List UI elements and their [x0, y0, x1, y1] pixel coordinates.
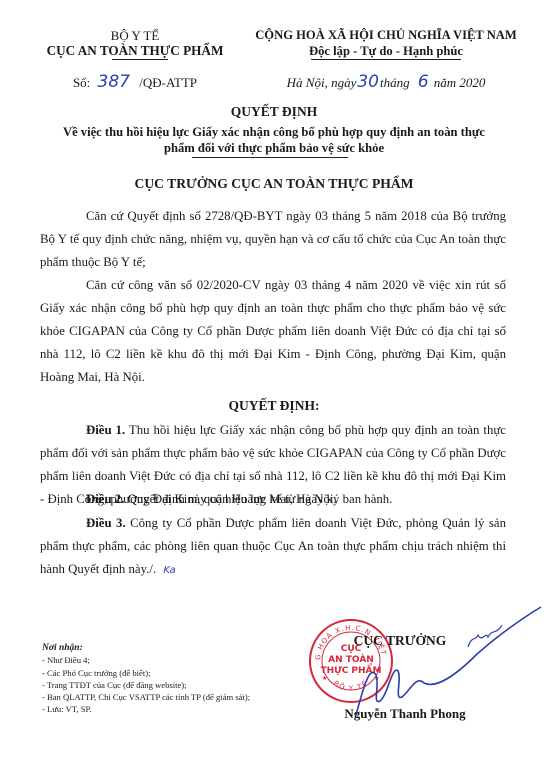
article-1-label: Điều 1.: [86, 423, 125, 437]
date-year: năm 2020: [434, 75, 486, 90]
date-month: 6: [418, 72, 429, 92]
decision-title: QUYẾT ĐỊNH: [0, 104, 548, 120]
recipient-item: - Như Điều 4;: [42, 654, 250, 666]
decision-subject: Về việc thu hồi hiệu lực Giấy xác nhận c…: [20, 124, 528, 156]
national-header: CỘNG HOÀ XÃ HỘI CHỦ NGHĨA VIỆT NAM Độc l…: [236, 28, 536, 92]
decision-heading: QUYẾT ĐỊNH:: [0, 398, 548, 414]
recipient-item: - Các Phó Cục trưởng (để biết);: [42, 667, 250, 679]
article-2: Điều 2. Quyết định này có hiệu lực kể từ…: [40, 488, 506, 511]
signer-name: Nguyễn Thanh Phong: [330, 706, 480, 722]
issue-date: Hà Nội, ngày30tháng 6năm 2020: [236, 72, 536, 92]
issuing-authority: CỤC TRƯỞNG CỤC AN TOÀN THỰC PHẨM: [0, 176, 548, 192]
article-2-label: Điều 2.: [86, 492, 124, 506]
recipients-label: Nơi nhận:: [42, 642, 250, 654]
subject-line-2: phẩm đối với thực phẩm bảo vệ sức khỏe: [20, 140, 528, 156]
motto-underline: [311, 59, 461, 60]
handwritten-initials: Ka: [163, 565, 175, 576]
date-day: 30: [357, 72, 379, 92]
number-handwritten: 387: [98, 72, 130, 92]
date-prefix: Hà Nội, ngày: [287, 75, 357, 90]
recipient-item: - Lưu: VT, SP.: [42, 703, 250, 715]
number-label: Số:: [73, 75, 90, 90]
agency-name: CỤC AN TOÀN THỰC PHẨM: [20, 43, 250, 59]
agency-header: BỘ Y TẾ CỤC AN TOÀN THỰC PHẨM Số: 387 /Q…: [20, 28, 250, 92]
ministry-name: BỘ Y TẾ: [20, 28, 250, 43]
article-2-text: Quyết định này có hiệu lực kể từ ngày ký…: [124, 492, 392, 506]
country-name: CỘNG HOÀ XÃ HỘI CHỦ NGHĨA VIỆT NAM: [236, 28, 536, 43]
number-suffix: /QĐ-ATTP: [139, 75, 197, 90]
recipients-block: Nơi nhận: - Như Điều 4; - Các Phó Cục tr…: [42, 642, 250, 716]
document-number: Số: 387 /QĐ-ATTP: [20, 72, 250, 92]
agency-underline: [112, 59, 168, 60]
date-month-label: tháng: [380, 75, 410, 90]
recipient-item: - Trang TTĐT của Cục (để đăng website);: [42, 679, 250, 691]
legal-basis-2: Căn cứ công văn số 02/2020-CV ngày 03 th…: [40, 274, 506, 389]
recipient-item: - Ban QLATTP, Chi Cục VSATTP các tỉnh TP…: [42, 691, 250, 703]
subject-line-1: Về việc thu hồi hiệu lực Giấy xác nhận c…: [20, 124, 528, 140]
motto: Độc lập - Tự do - Hạnh phúc: [236, 43, 536, 59]
legal-basis-1: Căn cứ Quyết định số 2728/QĐ-BYT ngày 03…: [40, 205, 506, 274]
subject-underline: [192, 157, 348, 158]
article-3: Điều 3. Công ty Cổ phần Dược phẩm liên d…: [40, 512, 506, 582]
article-3-label: Điều 3.: [86, 516, 126, 530]
